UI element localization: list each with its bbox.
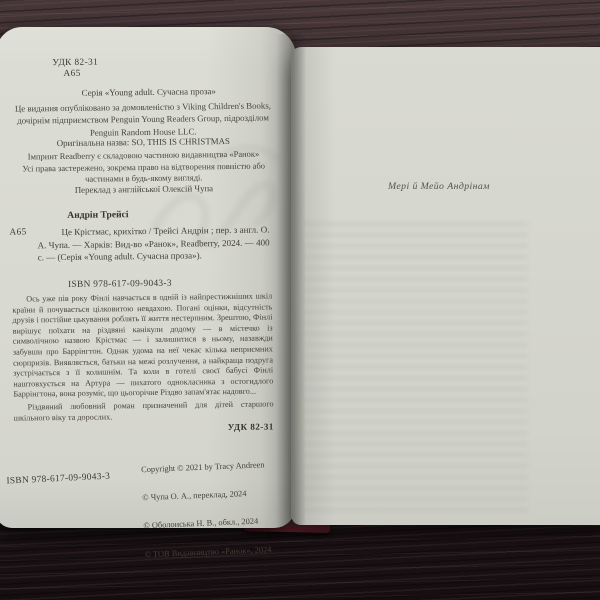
left-page-content: УДК 82-31 А65 Серія «Young adult. Сучасн… (0, 25, 299, 530)
right-page: Мері й Мейо Андрінам (291, 47, 600, 525)
copyright-line: © ТОВ Видавництво «Ранок», 2024 (144, 544, 300, 560)
open-book: УДК 82-31 А65 Серія «Young adult. Сучасн… (0, 0, 600, 600)
publication-agreement: Це видання опубліковано за домовленістю … (10, 99, 276, 139)
translator-note: Переклад з англійської Олексій Чупа (11, 182, 277, 195)
catalog-entry: Це Крістмас, крихітко / Трейсі Андрін ; … (37, 223, 269, 264)
isbn-mid: ISBN 978-617-09-9043-3 (68, 279, 172, 290)
photo-scene: УДК 82-31 А65 Серія «Young adult. Сучасн… (0, 0, 600, 600)
original-title: Оригінальна назва: SO, THIS IS CHRISTMAS (10, 135, 276, 148)
rights-note: Усі права застережено, зокрема право на … (21, 161, 267, 186)
copyright-line: © Оболонська Н. В., обкл., 2024 (143, 515, 299, 531)
bbk-code: А65 (63, 69, 80, 79)
series-note: Серія «Young adult. Сучасна проза» (24, 85, 274, 98)
annotation-audience: Різдвяний любовний роман призначений для… (14, 399, 274, 423)
copyright-line: Copyright © 2021 by Tracy Andreen (141, 459, 297, 475)
dedication-text: Мері й Мейо Андрінам (388, 181, 490, 192)
copyright-block: Copyright © 2021 by Tracy Andreen © Чупа… (140, 441, 301, 578)
udk-code-bottom: УДК 82-31 (228, 421, 274, 432)
catalog-code: А65 (9, 227, 26, 237)
imprint-note: Імпринт Readberry є складовою частиною в… (4, 148, 282, 161)
copyright-line: © Чупа О. А., переклад, 2024 (142, 487, 298, 503)
udk-code-top: УДК 82-31 (52, 58, 98, 69)
left-page: УДК 82-31 А65 Серія «Young adult. Сучасн… (0, 27, 296, 528)
author-name: Андрін Трейсі (67, 209, 128, 221)
annotation-paragraph: Ось уже пів року Фінлі навчається в одні… (12, 291, 273, 400)
isbn-bottom: ISBN 978-617-09-9043-3 (6, 472, 110, 487)
page-show-through-rows (303, 222, 528, 512)
